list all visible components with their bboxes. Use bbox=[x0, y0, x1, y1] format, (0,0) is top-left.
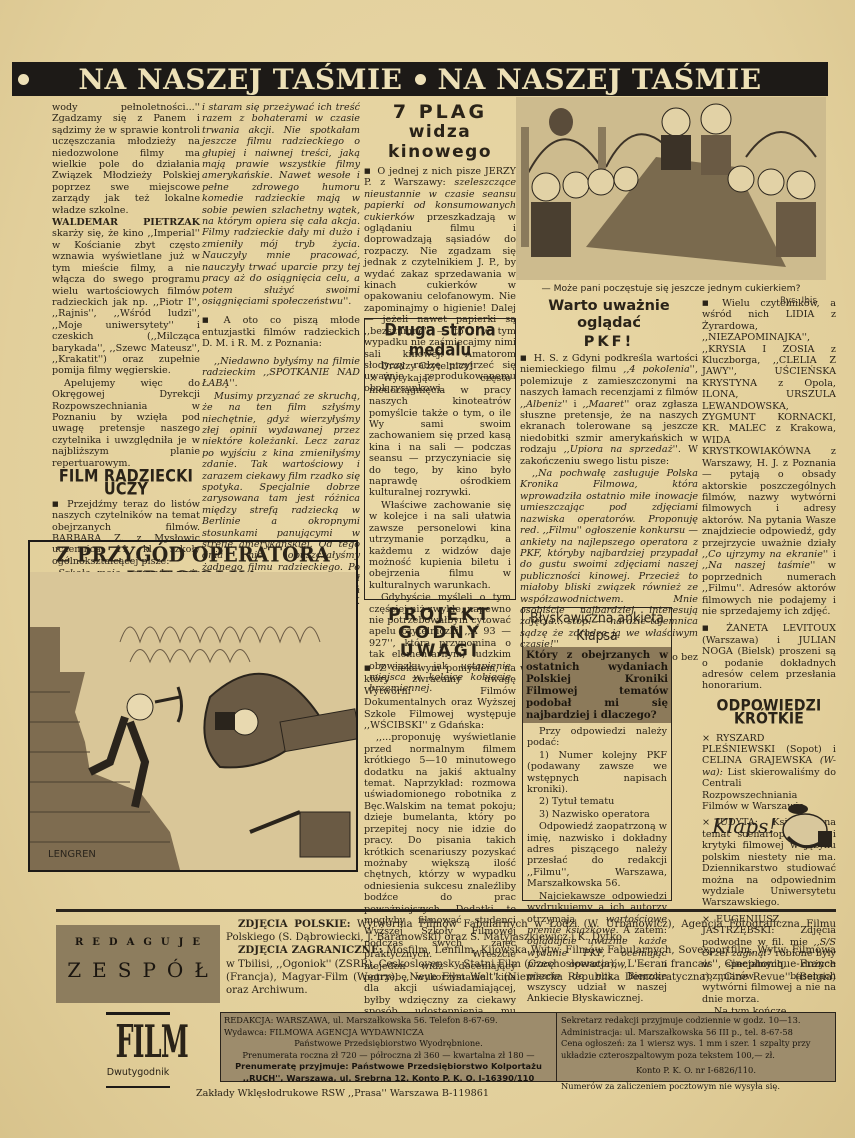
article-heading: Druga strona medalu bbox=[369, 320, 511, 360]
cartoon-drawing-icon bbox=[516, 97, 826, 280]
quote-paragraph: ,,Niedawno byłyśmy na filmie radzieckim … bbox=[202, 356, 360, 390]
cartoon-caption: — Może pani poczęstuje się jeszcze jedny… bbox=[516, 283, 826, 294]
section-divider bbox=[56, 909, 836, 912]
imprint-administration: Administracja: ul. Marszałkowska 56 III … bbox=[561, 1027, 831, 1039]
signature-text: Klaps! bbox=[711, 814, 776, 838]
comic-drawing-icon: LENGREN bbox=[30, 572, 356, 870]
list-item: 2) Tytuł tematu bbox=[527, 796, 667, 807]
imprint-ad-rates: Cena ogłoszeń: za 1 wiersz wys. 1 mm i s… bbox=[561, 1038, 831, 1061]
list-item: 3) Nazwisko operatora bbox=[527, 809, 667, 820]
article-subheading: GODNY UWAGI bbox=[364, 624, 516, 660]
imprint-ruch-address: ,,RUCH'', Warszawa, ul. Srebrna 12. Kont… bbox=[224, 1073, 553, 1085]
bullet-dot-icon bbox=[18, 74, 29, 85]
logo-rule bbox=[106, 1086, 170, 1089]
klaps-mascot-icon: Klaps! bbox=[710, 795, 835, 855]
page-banner: NA NASZEJ TAŚMIE NA NASZEJ TAŚMIE bbox=[12, 62, 828, 96]
paragraph: Właściwe zachowanie się w kolejce i na s… bbox=[369, 500, 511, 591]
reader-name: WALDEMAR PIETRZAK bbox=[52, 217, 200, 228]
imprint-right: Sekretarz redakcji przyjmuje codziennie … bbox=[557, 1013, 835, 1081]
printer-footer: Zakłady Wklęsłodrukowe RSW ,,Prasa'' War… bbox=[196, 1088, 489, 1099]
section-heading-film-radziecki: FILM RADZIECKI UCZY bbox=[52, 471, 200, 497]
redaguje-label: REDAGUJE bbox=[56, 937, 220, 948]
imprint-box: REDAKCJA: WARSZAWA, ul. Marszałkowska 56… bbox=[220, 1012, 836, 1082]
paragraph: Wytykając często niedociągnięcia w pracy… bbox=[369, 373, 511, 498]
comic-title: Z PRZYGÓD OPERATORA KRĘCIOŁKA bbox=[30, 541, 356, 572]
imprint-enterprise: Państwowe Przedsiębiorstwo Wyodrębnione. bbox=[224, 1038, 553, 1050]
paragraph: Wielu czytelników, a wśród nich LIDIA z … bbox=[702, 298, 836, 617]
paragraph: WALDEMAR PIETRZAK skarży się, że kino ,,… bbox=[52, 217, 200, 377]
article-heading: PROJEKT bbox=[364, 606, 516, 624]
paragraph: wody pełnoletności...'' Zgadzamy się z P… bbox=[52, 102, 200, 216]
paragraph: Przy odpowiedzi należy podać: bbox=[527, 726, 667, 749]
paragraph: ŻANETA LEVITOUX (Warszawa) i JULIAN NOGA… bbox=[702, 623, 836, 691]
article-subheading: PKF! bbox=[520, 334, 698, 351]
imprint-account: Konto P. K. O. nr I-6826/110. bbox=[561, 1065, 831, 1077]
article-heading: 7 PLAG bbox=[364, 102, 516, 122]
bullet-dot-icon bbox=[415, 74, 426, 85]
imprint-secretary: Sekretarz redakcji przyjmuje codziennie … bbox=[561, 1015, 831, 1027]
banner-title-2: NA NASZEJ TAŚMIE bbox=[438, 63, 762, 96]
paragraph: Odpowiedź zaopatrzoną w imię, nazwisko i… bbox=[527, 821, 667, 889]
greeting: Drodzy Czytelnicy! bbox=[369, 361, 511, 372]
logo-text: FILM bbox=[116, 1015, 161, 1068]
list-item: 1) Numer kolejny PKF (podawany zawsze we… bbox=[527, 750, 667, 796]
comic-strip-box: Z PRZYGÓD OPERATORA KRĘCIOŁKA LENGRE bbox=[28, 540, 358, 872]
comic-illustration: LENGREN bbox=[30, 572, 356, 870]
paragraph: A oto co piszą młode entuzjastki filmów … bbox=[202, 315, 360, 349]
imprint-wydawca: Wydawca: FILMOWA AGENCJA WYDAWNICZA bbox=[224, 1027, 553, 1039]
article-heading: Warto uważnie oglądać bbox=[520, 298, 698, 332]
logo-rule bbox=[106, 1012, 170, 1015]
credits-polish: ZDJĘCIA POLSKIE: Wytwórnia Filmów Fabula… bbox=[226, 918, 836, 944]
imprint-redakcja: REDAKCJA: WARSZAWA, ul. Marszałkowska 56… bbox=[224, 1015, 553, 1027]
comic-signature: LENGREN bbox=[48, 849, 96, 860]
survey-heading: Błyskawiczna ankieta Klapsa bbox=[527, 609, 667, 644]
paragraph: H. S. z Gdyni podkreśla wartości niemiec… bbox=[520, 353, 698, 467]
survey-box-klapsa: Błyskawiczna ankieta Klapsa Który z obej… bbox=[522, 607, 672, 901]
film-masthead-logo: FILM Dwutygodnik bbox=[106, 1012, 170, 1088]
survey-question: Który z obejrzanych w ostatnich wydaniac… bbox=[523, 647, 671, 723]
banner-title-1: NA NASZEJ TAŚMIE bbox=[78, 63, 402, 96]
imprint-cod-notice: Numerów za zaliczeniem pocztowym nie wys… bbox=[561, 1081, 831, 1093]
paragraph: Apelujemy więc do Okręgowej Dyrekcji Roz… bbox=[52, 378, 200, 469]
imprint-ruch: Prenumeratę przyjmuje: Państwowe Przedsi… bbox=[224, 1061, 553, 1073]
article-subheading: widza kinowego bbox=[364, 122, 516, 162]
photo-credits: ZDJĘCIA POLSKIE: Wytwórnia Filmów Fabula… bbox=[226, 918, 836, 997]
article-druga-strona-medalu: Druga strona medalu Drodzy Czytelnicy! W… bbox=[364, 318, 516, 600]
credits-foreign: ZDJĘCIA ZAGRANICZNE: Mosfilm, Lenfilm, K… bbox=[226, 944, 836, 997]
section-heading-odpowiedzi: ODPOWIEDZI KRÓTKIE bbox=[702, 700, 836, 726]
quote-paragraph: i staram się przeżywać ich treść razem z… bbox=[202, 102, 360, 307]
editorial-team-box: REDAGUJE ZESPÓŁ bbox=[56, 925, 220, 1003]
cartoon-candy-illustration bbox=[516, 97, 826, 280]
imprint-subscription: Prenumerata roczna zł 720 — półroczna zł… bbox=[224, 1050, 553, 1062]
klaps-signature-illustration: Klaps! bbox=[710, 795, 835, 855]
paragraph: Z ciekawym pomysłem, na który zwracamy u… bbox=[364, 663, 516, 731]
imprint-left: REDAKCJA: WARSZAWA, ul. Marszałkowska 56… bbox=[221, 1013, 557, 1081]
zespol-label: ZESPÓŁ bbox=[56, 958, 220, 982]
